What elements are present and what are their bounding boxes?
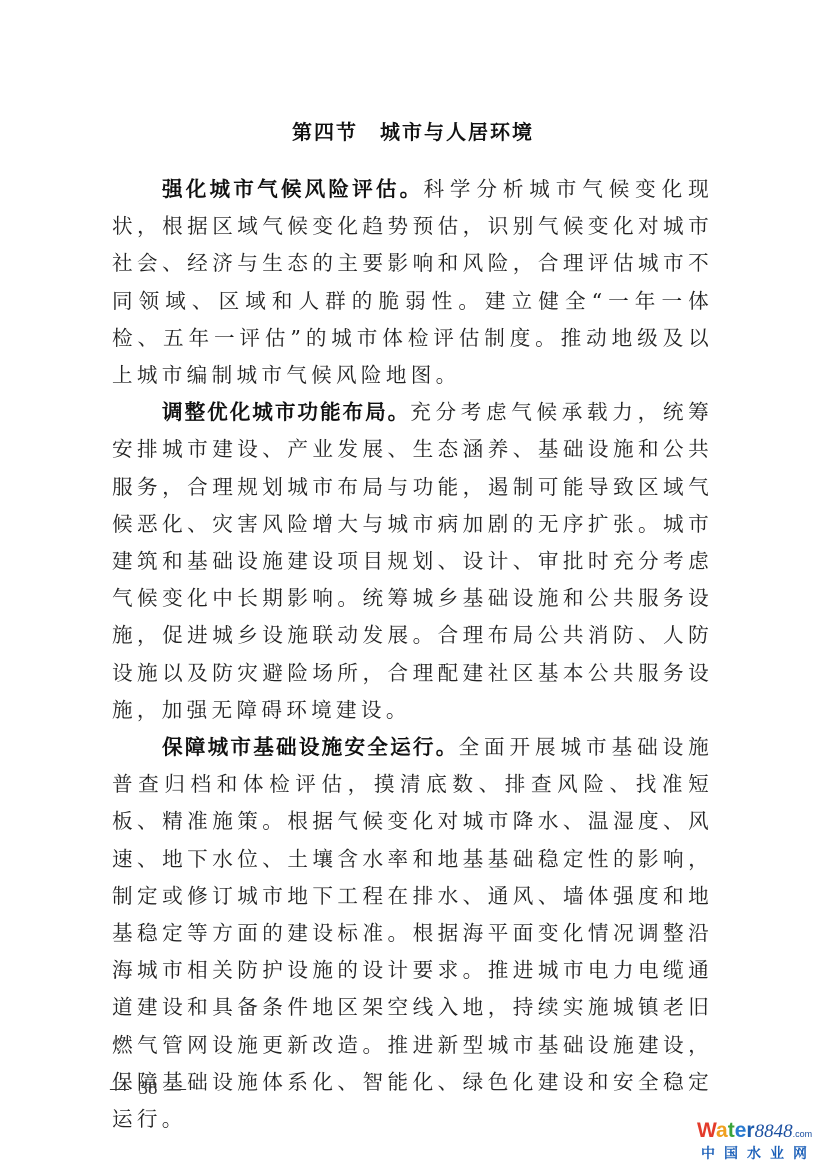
watermark-cn-name: 中国水业网 [697, 1145, 822, 1163]
document-page: 第四节 城市与人居环境 强化城市气候风险评估。科学分析城市气候变化现状，根据区域… [0, 0, 826, 1169]
section-title: 第四节 城市与人居环境 [0, 116, 826, 148]
logo-letter: e [735, 1119, 747, 1142]
paragraph-climate-risk-assessment: 强化城市气候风险评估。科学分析城市气候变化现状，根据区域气候变化趋势预估，识别气… [112, 171, 713, 394]
logo-letter: W [697, 1119, 716, 1142]
watermark-brand: Water8848.com [697, 1120, 822, 1145]
logo-letter: a [716, 1119, 728, 1142]
paragraph-lead: 调整优化城市功能布局。 [162, 400, 410, 424]
paragraph-body: 科学分析城市气候变化现状，根据区域气候变化趋势预估，识别气候变化对城市社会、经济… [112, 177, 713, 387]
paragraph-urban-layout: 调整优化城市功能布局。充分考虑气候承载力，统筹安排城市建设、产业发展、生态涵养、… [112, 394, 713, 729]
paragraph-lead: 保障城市基础设施安全运行。 [162, 735, 459, 759]
paragraph-lead: 强化城市气候风险评估。 [162, 177, 423, 201]
watermark-logo: Water8848.com 中国水业网 [697, 1120, 822, 1163]
logo-domain: .com [793, 1129, 813, 1139]
logo-number: 8848 [755, 1121, 793, 1142]
logo-letter: t [728, 1119, 735, 1142]
paragraph-body: 充分考虑气候承载力，统筹安排城市建设、产业发展、生态涵养、基础设施和公共服务，合… [112, 400, 713, 722]
paragraph-infrastructure-safety: 保障城市基础设施安全运行。全面开展城市基础设施普查归档和体检评估，摸清底数、排查… [112, 729, 713, 1138]
body-text: 强化城市气候风险评估。科学分析城市气候变化现状，根据区域气候变化趋势预估，识别气… [112, 171, 713, 1138]
page-number: — 38 — [110, 1076, 186, 1102]
logo-letter: r [746, 1119, 754, 1142]
paragraph-body: 全面开展城市基础设施普查归档和体检评估，摸清底数、排查风险、找准短板、精准施策。… [112, 735, 713, 1131]
